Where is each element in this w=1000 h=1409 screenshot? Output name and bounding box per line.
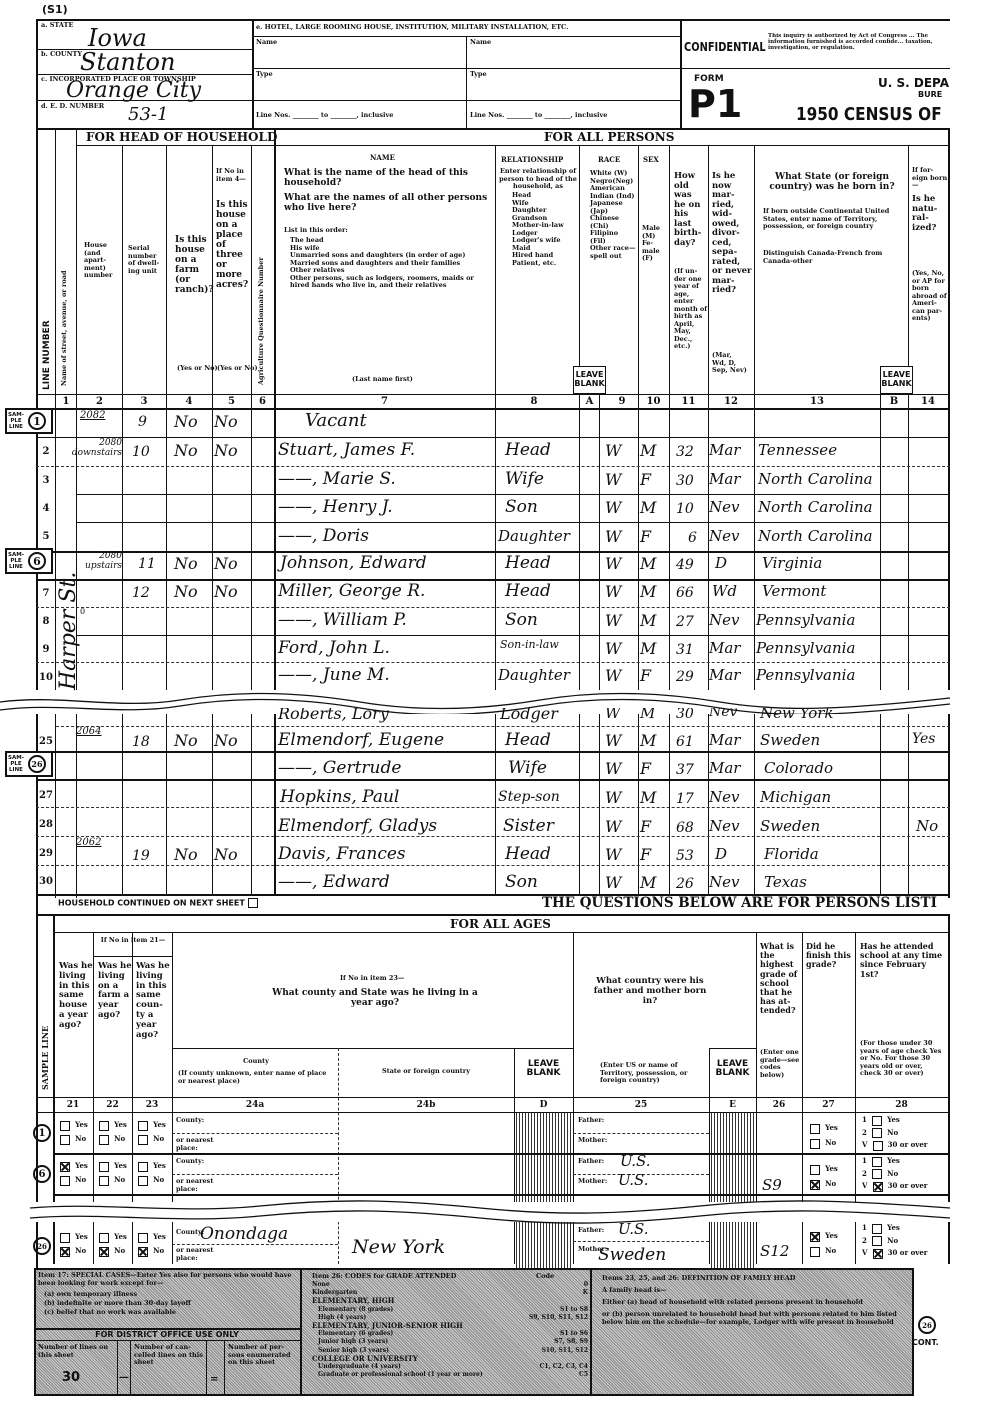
race[interactable]: W [605, 639, 621, 658]
confidential-text: This inquiry is authorized by Act of Con… [768, 33, 950, 53]
county-field[interactable]: Onondaga [200, 1224, 288, 1244]
birthplace[interactable]: Michigan [760, 788, 831, 806]
c27-yes-checkbox[interactable] [810, 1165, 820, 1175]
house-number[interactable]: 0 [80, 607, 85, 616]
house-number[interactable]: 2062 [76, 837, 101, 848]
line-number-2: 2 [36, 446, 56, 457]
colnum-24b: 24b [338, 1100, 514, 1110]
age[interactable]: 29 [676, 669, 694, 685]
relationship[interactable]: Head [505, 440, 551, 460]
age[interactable]: 68 [676, 820, 694, 836]
marital-status[interactable]: Nev [709, 708, 737, 720]
sex[interactable]: M [640, 498, 656, 517]
leave-blank-b: LEAVE BLANK [880, 366, 913, 394]
codes-title: Item 26: CODES for GRADE ATTENDED [312, 1272, 522, 1280]
serial-number[interactable]: 12 [132, 585, 150, 601]
age[interactable]: 30 [676, 708, 694, 722]
age[interactable]: 31 [676, 642, 694, 658]
questions-below-header: THE QUESTIONS BELOW ARE FOR PERSONS LIST… [542, 895, 937, 911]
birthplace[interactable]: Sweden [760, 731, 820, 749]
inst-name-label-1: Name [256, 39, 277, 47]
col26-note: (Enter one grade—see codes below) [760, 1049, 802, 1079]
colnum-23: 23 [132, 1100, 172, 1110]
race[interactable]: W [605, 731, 621, 750]
acres-answer[interactable]: No [214, 582, 238, 601]
family-head-b: or (b) person unrelated to household hea… [602, 1310, 902, 1326]
line-number-27: 27 [36, 790, 56, 801]
street-name-field[interactable]: Harper St. [56, 572, 81, 690]
col10-text: Male (M) Fe-male (F) [642, 225, 666, 263]
c28-yes-checkbox[interactable] [872, 1157, 882, 1167]
c23-yes-checkbox[interactable] [138, 1162, 148, 1172]
c21-options: Yes No [60, 1118, 88, 1146]
col28-header: Has he attended school at any time since… [860, 942, 946, 979]
section-head-of-household: FOR HEAD OF HOUSEHOLD [86, 130, 277, 144]
family-head-title: Items 23, 25, and 26: DEFINITION OF FAMI… [602, 1274, 902, 1282]
line-number-10: 10 [36, 672, 56, 683]
race[interactable]: W [605, 498, 621, 517]
relationship[interactable]: Daughter [498, 527, 570, 545]
relationship[interactable]: Lodger [500, 708, 558, 723]
age[interactable]: 53 [676, 848, 694, 864]
house-number[interactable]: 2064 [76, 726, 101, 737]
colnum-10: 10 [638, 396, 669, 408]
col4-header: Is this house on a farm (or ranch)? [175, 235, 210, 295]
c28-30-checkbox[interactable] [873, 1141, 883, 1151]
birthplace[interactable]: New York [760, 708, 834, 722]
c21-yes-checkbox[interactable] [60, 1121, 70, 1131]
relationship[interactable]: Step-son [498, 789, 560, 805]
inst-line-nos-1: Line Nos. ________ to ________, inclusiv… [256, 112, 393, 120]
birthplace[interactable]: Texas [764, 873, 807, 891]
colnum-21: 21 [53, 1100, 93, 1110]
acres-answer[interactable]: No [214, 731, 238, 750]
person-name[interactable]: ——, Marie S. [278, 469, 396, 489]
relationship[interactable]: Sister [503, 816, 554, 836]
marital-status[interactable]: Nev [709, 498, 739, 516]
col21-header: Was he living in this same house a year … [59, 962, 93, 1031]
relationship[interactable]: Wife [508, 758, 547, 778]
c22-yes-checkbox[interactable] [99, 1121, 109, 1131]
person-name[interactable]: Miller, George R. [278, 581, 425, 601]
birthplace[interactable]: Tennessee [758, 441, 837, 459]
codes-list: None0 KindergartenK ELEMENTARY, HIGH Ele… [312, 1281, 588, 1379]
col25-note: (Enter US or name of Territory, possessi… [600, 1062, 700, 1085]
house-number[interactable]: 2080 upstairs [60, 551, 122, 571]
dept-label: U. S. DEPA [878, 76, 949, 90]
father-birthplace[interactable]: U.S. [618, 1220, 649, 1238]
col27-header: Did he finish this grade? [806, 942, 852, 970]
codes-header: Code [536, 1272, 554, 1280]
person-name[interactable]: ——, June M. [278, 665, 390, 685]
c23-yes-checkbox[interactable] [138, 1121, 148, 1131]
sex[interactable]: F [640, 759, 651, 778]
serial-number[interactable]: 9 [138, 414, 147, 430]
relationship[interactable]: Son [505, 610, 538, 630]
line-number-8: 8 [36, 616, 56, 627]
person-name[interactable]: Johnson, Edward [280, 553, 427, 573]
race[interactable]: W [605, 441, 621, 460]
c28-30-checkbox[interactable] [873, 1182, 883, 1192]
marital-status[interactable]: Nev [709, 873, 739, 891]
inst-type-label-2: Type [470, 71, 487, 79]
race[interactable]: W [605, 666, 621, 685]
col13-note1: If born outside Continental United State… [763, 208, 903, 231]
enumerated-separator: = [210, 1374, 218, 1385]
relationship[interactable]: Son [505, 872, 538, 892]
line-number-28: 28 [36, 819, 56, 830]
marital-status[interactable]: Nev [709, 611, 739, 629]
race[interactable]: W [605, 845, 621, 864]
col11-header: How old was he on his last birth-day? [674, 172, 706, 248]
colnum-12: 12 [708, 396, 754, 408]
sex[interactable]: M [640, 788, 656, 807]
col8-title: RELATIONSHIP [501, 155, 563, 164]
col12-header: Is he now mar-ried, wid-owed, divor-ced,… [712, 172, 752, 296]
sex[interactable]: F [640, 845, 651, 864]
c28-no-checkbox[interactable] [872, 1128, 882, 1138]
colnum-28: 28 [855, 1100, 948, 1110]
c23-yes-checkbox[interactable] [138, 1233, 148, 1243]
father-label: Father: [578, 1227, 604, 1235]
marital-status[interactable]: Wd [712, 582, 737, 600]
race[interactable]: W [605, 554, 621, 573]
birthplace[interactable]: Virginia [762, 554, 822, 572]
col24-header: What county and State was he living in a… [270, 988, 480, 1008]
c28-30-checkbox[interactable] [873, 1249, 883, 1259]
col8-list: HeadWifeDaughterGrandsonMother-in-lawLod… [512, 192, 564, 267]
sex[interactable]: M [640, 582, 656, 601]
birthplace[interactable]: North Carolina [758, 498, 873, 516]
person-name[interactable]: Davis, Frances [278, 844, 406, 864]
farm-answer[interactable]: No [174, 412, 198, 431]
person-name[interactable]: ——, Doris [278, 526, 369, 546]
relationship[interactable]: Wife [505, 469, 544, 489]
relationship[interactable]: Daughter [498, 666, 570, 684]
person-name[interactable]: ——, Edward [278, 872, 390, 892]
age[interactable]: 10 [676, 501, 694, 517]
farm-answer[interactable]: No [174, 441, 198, 460]
race[interactable]: W [605, 611, 621, 630]
colnum-d: D [514, 1100, 573, 1110]
col7-q2: What are the names of all other persons … [284, 193, 492, 213]
father-label: Father: [578, 1158, 604, 1166]
birthplace[interactable]: Colorado [764, 759, 833, 777]
person-name[interactable]: Stuart, James F. [278, 440, 415, 460]
c22-no-checkbox[interactable] [99, 1176, 109, 1186]
person-name[interactable]: Vacant [305, 410, 367, 431]
birthplace[interactable]: Florida [764, 845, 819, 863]
colnum-2: 2 [77, 396, 122, 408]
marital-status[interactable]: D [715, 845, 727, 863]
mother-label: Mother: [578, 1137, 607, 1145]
col3-header: Serial number of dwell-ing unit [128, 245, 164, 275]
person-name[interactable]: ——, Henry J. [278, 497, 393, 517]
race[interactable]: W [605, 582, 621, 601]
line-number-25: 25 [36, 736, 56, 747]
serial-number[interactable]: 10 [132, 444, 150, 460]
c27-no-checkbox[interactable] [810, 1139, 820, 1149]
form-number: P1 [688, 84, 742, 124]
c23-options: Yes No [138, 1118, 166, 1146]
acres-answer[interactable]: No [214, 441, 238, 460]
birthplace[interactable]: Pennsylvania [756, 639, 855, 657]
sample-circle-26: 26 [33, 1237, 51, 1255]
sample-circle-6: 6 [33, 1165, 51, 1183]
col13-note2: Distinguish Canada-French from Canada-ot… [763, 250, 883, 265]
birthplace[interactable]: Sweden [760, 817, 820, 835]
c21-yes-checkbox[interactable] [60, 1162, 70, 1172]
c27-no-checkbox[interactable] [810, 1180, 820, 1190]
sex[interactable]: M [640, 639, 656, 658]
c21-options: Yes No [60, 1159, 88, 1187]
person-name[interactable]: Elmendorf, Eugene [278, 730, 444, 750]
relationship[interactable]: Head [505, 581, 551, 601]
line-number-29: 29 [36, 848, 56, 859]
serial-number[interactable]: 18 [132, 734, 150, 750]
lines-value[interactable]: 30 [62, 1370, 80, 1385]
col13-header: What State (or foreign country) was he b… [762, 172, 902, 192]
c27-options: Yes No [810, 1161, 838, 1191]
sex[interactable]: M [640, 708, 655, 722]
c28-no-checkbox[interactable] [872, 1169, 882, 1179]
acres-answer[interactable]: No [214, 845, 238, 864]
relationship[interactable]: Head [505, 730, 551, 750]
sample-line-tag-6: SAM-PLE LINE6 [5, 548, 53, 574]
col5-header: Is this house on a place of three or mor… [216, 200, 250, 290]
colnum-6: 6 [251, 396, 274, 408]
naturalized[interactable]: Yes [912, 731, 936, 747]
c27-options: Yes No [810, 1120, 838, 1150]
col28-note: (For those under 30 years of age check Y… [860, 1040, 946, 1078]
acres-answer[interactable]: No [214, 412, 238, 431]
col24a-title: County [176, 1058, 336, 1066]
birthplace[interactable]: North Carolina [758, 470, 873, 488]
section-all-persons: FOR ALL PERSONS [544, 130, 674, 144]
mother-birthplace[interactable]: Sweden [598, 1245, 666, 1265]
household-continued: HOUSEHOLD CONTINUED ON NEXT SHEET [58, 898, 258, 908]
race[interactable]: W [605, 873, 621, 892]
household-continued-checkbox[interactable] [248, 898, 258, 908]
age[interactable]: 26 [676, 876, 694, 892]
farm-answer[interactable]: No [174, 554, 198, 573]
marital-status[interactable]: Mar [709, 731, 740, 749]
colnum-4: 4 [166, 396, 212, 408]
colnum-11: 11 [669, 396, 708, 408]
c21-no-checkbox[interactable] [60, 1176, 70, 1186]
col7-list: The headHis wifeUnmarried sons and daugh… [290, 237, 490, 290]
c21-no-checkbox[interactable] [60, 1247, 70, 1257]
c21-no-checkbox[interactable] [60, 1135, 70, 1145]
birthplace[interactable]: Pennsylvania [756, 611, 855, 629]
person-name[interactable]: Elmendorf, Gladys [278, 816, 437, 836]
serial-number[interactable]: 11 [138, 556, 156, 572]
age[interactable]: 27 [676, 614, 694, 630]
serial-number[interactable]: 19 [132, 848, 150, 864]
c28-options: 1 Yes 2 No V 30 or over [862, 1222, 927, 1260]
relationship[interactable]: Son [505, 497, 538, 517]
cancelled-label: Number of can-celled lines on this sheet [134, 1344, 204, 1367]
c27-no-checkbox[interactable] [810, 1247, 820, 1257]
col14-note: (Yes, No, or AP for born abroad of Ameri… [912, 270, 948, 323]
sex[interactable]: M [640, 873, 656, 892]
person-name[interactable]: ——, William P. [278, 610, 407, 630]
county-label: b. COUNTY [41, 51, 82, 59]
c22-yes-checkbox[interactable] [99, 1233, 109, 1243]
person-name[interactable]: Roberts, Lory [278, 708, 389, 723]
birthplace[interactable]: North Carolina [758, 527, 873, 545]
hatch-d [516, 1113, 572, 1268]
marital-status[interactable]: Mar [709, 441, 740, 459]
age[interactable]: 37 [676, 762, 694, 778]
age[interactable]: 66 [676, 585, 694, 601]
c23-options: Yes No [138, 1230, 166, 1258]
c21-yes-checkbox[interactable] [60, 1233, 70, 1243]
relationship[interactable]: Head [505, 553, 551, 573]
relationship[interactable]: Son-in-law [500, 639, 559, 650]
race[interactable]: W [605, 817, 621, 836]
sex[interactable]: M [640, 554, 656, 573]
age[interactable]: 17 [676, 791, 694, 807]
col2-header: House (and apart-ment) number [84, 242, 120, 280]
c27-yes-checkbox[interactable] [810, 1124, 820, 1134]
colnum-8: 8 [495, 396, 573, 408]
marital-status[interactable]: Mar [709, 470, 740, 488]
place-field[interactable]: Orange City [66, 78, 201, 103]
colnum-5: 5 [212, 396, 251, 408]
c28-yes-checkbox[interactable] [872, 1224, 882, 1234]
c28-yes-checkbox[interactable] [872, 1116, 882, 1126]
race[interactable]: W [605, 759, 621, 778]
birthplace[interactable]: Pennsylvania [756, 666, 855, 684]
special-cases-title: Item 17: SPECIAL CASES—Enter Yes also fo… [38, 1272, 298, 1287]
ed-number-label: d. E. D. NUMBER [41, 103, 104, 111]
county-label: County: [176, 1117, 204, 1125]
col7-q1: What is the name of the head of this hou… [284, 168, 492, 188]
inst-line-nos-2: Line Nos. ________ to ________, inclusiv… [470, 112, 607, 120]
hatch-e [711, 1113, 755, 1268]
relationship[interactable]: Head [505, 844, 551, 864]
father-birthplace[interactable]: U.S. [620, 1152, 651, 1170]
col25-header: What country were his father and mother … [590, 976, 710, 1006]
colnum-13: 13 [754, 396, 880, 408]
family-head-a: Either (a) head of household with relate… [602, 1298, 902, 1306]
mother-birthplace[interactable]: U.S. [618, 1171, 649, 1189]
nearest-label: or nearest place: [176, 1137, 216, 1152]
leave-blank-a: LEAVE BLANK [573, 366, 606, 394]
col26-header: What is the highest grade of school that… [760, 942, 800, 1016]
col23-header: Was he living in this same coun-ty a yea… [136, 962, 170, 1040]
col11-note: (If un-der one year of age, enter month … [674, 268, 708, 351]
farm-answer[interactable]: No [174, 582, 198, 601]
race[interactable]: W [605, 527, 621, 546]
colnum-a: A [573, 396, 606, 408]
c23-no-checkbox[interactable] [138, 1247, 148, 1257]
grade-attended[interactable]: S9 [762, 1176, 782, 1194]
cont-circle: 26 [918, 1316, 936, 1334]
c22-yes-checkbox[interactable] [99, 1162, 109, 1172]
sample-line-tag-26: SAM-PLE LINE26 [5, 751, 53, 777]
col5-note: (Yes or No) [217, 365, 258, 373]
col24-pre: If No in item 23— [340, 975, 404, 983]
marital-status[interactable]: Nev [709, 788, 739, 806]
c23-no-checkbox[interactable] [138, 1135, 148, 1145]
age[interactable]: 61 [676, 734, 694, 750]
grade-attended[interactable]: S12 [760, 1242, 789, 1260]
marital-status[interactable]: D [715, 554, 727, 572]
col5-pre: If No in item 4— [216, 168, 248, 183]
county-field[interactable]: Stanton [80, 48, 175, 76]
colnum-24a: 24a [172, 1100, 338, 1110]
naturalized[interactable]: No [916, 817, 938, 835]
col12-note: (Mar, Wd, D, Sep, Nev) [712, 352, 748, 375]
age[interactable]: 30 [676, 473, 694, 489]
marital-status[interactable]: Nev [709, 527, 739, 545]
acres-answer[interactable]: No [214, 554, 238, 573]
race[interactable]: W [605, 788, 621, 807]
state-label: a. STATE [41, 22, 73, 30]
race[interactable]: W [605, 708, 620, 722]
c28-no-checkbox[interactable] [872, 1236, 882, 1246]
c27-yes-checkbox[interactable] [810, 1232, 820, 1242]
c22-no-checkbox[interactable] [99, 1247, 109, 1257]
nearest-label: or nearest place: [176, 1178, 216, 1193]
sex[interactable]: F [640, 666, 651, 685]
house-number[interactable]: 2080 downstairs [60, 438, 122, 458]
col4-note: (Yes or No) [177, 365, 218, 373]
colnum-27: 27 [802, 1100, 855, 1110]
person-name[interactable]: Hopkins, Paul [280, 787, 399, 807]
sex[interactable]: F [640, 527, 651, 546]
col6-header: Agriculture Questionnaire Number [257, 257, 265, 385]
nearest-label: or nearest place: [176, 1247, 216, 1262]
c27-options: Yes No [810, 1228, 838, 1258]
marital-status[interactable]: Nev [709, 817, 739, 835]
line-number-30: 30 [36, 876, 56, 887]
marital-status[interactable]: Mar [709, 666, 740, 684]
family-head-intro: A family head is— [602, 1286, 902, 1294]
sex[interactable]: M [640, 731, 656, 750]
marital-status[interactable]: Mar [709, 759, 740, 777]
farm-answer[interactable]: No [174, 845, 198, 864]
age[interactable]: 49 [676, 557, 694, 573]
sex[interactable]: F [640, 470, 651, 489]
ed-number-field[interactable]: 53-1 [128, 104, 168, 125]
age[interactable]: 6 [688, 530, 697, 546]
col7-list-intro: List in this order: [284, 227, 348, 235]
inst-name-label-2: Name [470, 39, 491, 47]
farm-answer[interactable]: No [174, 731, 198, 750]
sex[interactable]: F [640, 817, 651, 836]
sex[interactable]: M [640, 441, 656, 460]
line-number-header: LINE NUMBER [42, 320, 52, 390]
c23-options: Yes No [138, 1159, 166, 1187]
marital-status[interactable]: Mar [709, 639, 740, 657]
house-number[interactable]: 2082 [80, 410, 105, 421]
person-name[interactable]: ——, Gertrude [278, 758, 401, 778]
c23-no-checkbox[interactable] [138, 1176, 148, 1186]
col24b-header: State or foreign country [340, 1068, 512, 1076]
sex[interactable]: M [640, 611, 656, 630]
state-field[interactable]: New York [352, 1236, 445, 1258]
birthplace[interactable]: Vermont [762, 582, 826, 600]
c22-no-checkbox[interactable] [99, 1135, 109, 1145]
race[interactable]: W [605, 470, 621, 489]
age[interactable]: 32 [676, 444, 694, 460]
sheet-id: (S1) [42, 3, 68, 16]
colnum-9: 9 [606, 396, 638, 408]
person-name[interactable]: Ford, John L. [278, 638, 390, 658]
